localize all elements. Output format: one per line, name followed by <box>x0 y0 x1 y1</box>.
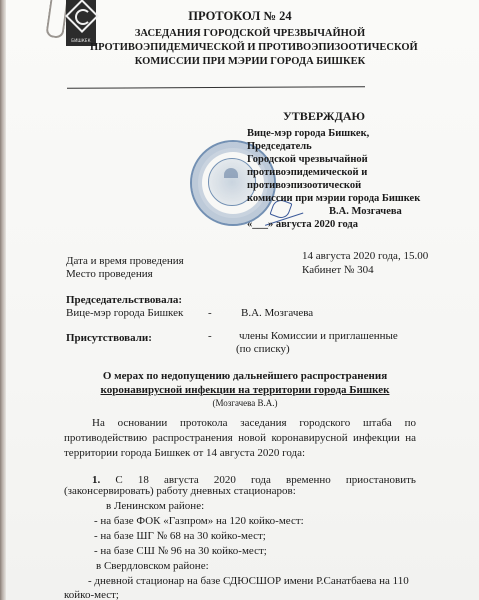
approval-line-2: Председатель <box>247 141 312 153</box>
protocol-subtitle-line-2: ПРОТИВОЭПИДЕМИЧЕСКОЙ И ПРОТИВОЭПИЗООТИЧЕ… <box>90 42 410 53</box>
logo-swirl-icon <box>75 9 91 25</box>
present-label: Присутствовали: <box>66 332 152 344</box>
item-word: приостановить <box>346 474 416 486</box>
approval-heading: УТВЕРЖДАЮ <box>283 110 365 122</box>
intro-word: основании <box>118 417 168 429</box>
present-value: члены Комиссии и приглашенные <box>239 330 398 342</box>
intro-word: по <box>405 417 416 429</box>
intro-line-1: На основании протокола заседания городск… <box>92 417 416 429</box>
protocol-subtitle-line-3: КОМИССИИ ПРИ МЭРИИ ГОРОДА БИШКЕК <box>100 56 400 67</box>
approval-date: «___» августа 2020 года <box>247 219 358 231</box>
seal-sun-icon <box>224 168 238 178</box>
sverdlovsky-item-1: - дневной стационар на базе СДЮСШОР имен… <box>88 575 409 587</box>
approval-line-3: Городской чрезвычайной <box>247 154 368 166</box>
protocol-subtitle-line-1: ЗАСЕДАНИЯ ГОРОДСКОЙ ЧРЕЗВЫЧАЙНОЙ <box>100 28 400 39</box>
intro-line-3: территории города Бишкек от 14 августа 2… <box>64 447 305 459</box>
meeting-date-label: Дата и время проведения <box>66 255 184 267</box>
meeting-place-value: Кабинет № 304 <box>302 264 374 276</box>
chair-dash: - <box>208 307 212 319</box>
chair-name: В.А. Мозгачева <box>241 307 313 319</box>
intro-line-2: противодействию распространения новой ко… <box>64 432 416 444</box>
approval-line-1: Вице-мэр города Бишкек, <box>247 128 369 140</box>
district-sverdlovsky: в Свердловском районе: <box>96 560 209 572</box>
agenda-speaker: (Мозгачева В.А.) <box>200 398 290 408</box>
leninsky-item-3: - на базе СШ № 96 на 30 койко-мест; <box>94 545 267 557</box>
present-dash: - <box>208 330 212 342</box>
intro-word: городского <box>299 417 350 429</box>
intro-word: На <box>92 417 105 429</box>
intro-word: заседания <box>240 417 286 429</box>
document-page: БИШКЕК ПРОТОКОЛ № 24 ЗАСЕДАНИЯ ГОРОДСКОЙ… <box>0 0 479 600</box>
approval-line-4: противоэпидемической и <box>247 167 367 179</box>
chaired-label: Председательствовала: <box>66 294 182 306</box>
meeting-place-label: Место проведения <box>66 268 153 280</box>
agenda-title-line-1: О мерах по недопущению дальнейшего распр… <box>100 370 390 382</box>
protocol-title: ПРОТОКОЛ № 24 <box>120 9 360 24</box>
present-note: (по списку) <box>236 343 290 355</box>
approval-line-5: противоэпизоотической <box>247 180 361 192</box>
approval-signatory: В.А. Мозгачева <box>329 206 402 218</box>
bishkek-logo: БИШКЕК <box>66 0 96 46</box>
leninsky-item-1: - на базе ФОК «Газпром» на 120 койко-мес… <box>94 515 304 527</box>
chair-role: Вице-мэр города Бишкек <box>66 307 183 319</box>
intro-word: штаба <box>363 417 392 429</box>
page-edge-shadow <box>0 0 6 600</box>
agenda-title-line-2: коронавирусной инфекции на территории го… <box>97 384 393 396</box>
district-leninsky: в Ленинском районе: <box>106 500 204 512</box>
intro-word: протокола <box>180 417 227 429</box>
sverdlovsky-item-1-cont: койко-мест; <box>64 589 119 600</box>
approval-line-6: комиссии при мэрии города Бишкек <box>247 193 420 205</box>
meeting-date-value: 14 августа 2020 года, 15.00 <box>302 250 428 262</box>
item-1-continuation: (законсервировать) работу дневных стацио… <box>64 485 296 497</box>
header-divider <box>67 86 365 89</box>
leninsky-item-2: - на базе ШГ № 68 на 30 койко-мест; <box>94 530 266 542</box>
